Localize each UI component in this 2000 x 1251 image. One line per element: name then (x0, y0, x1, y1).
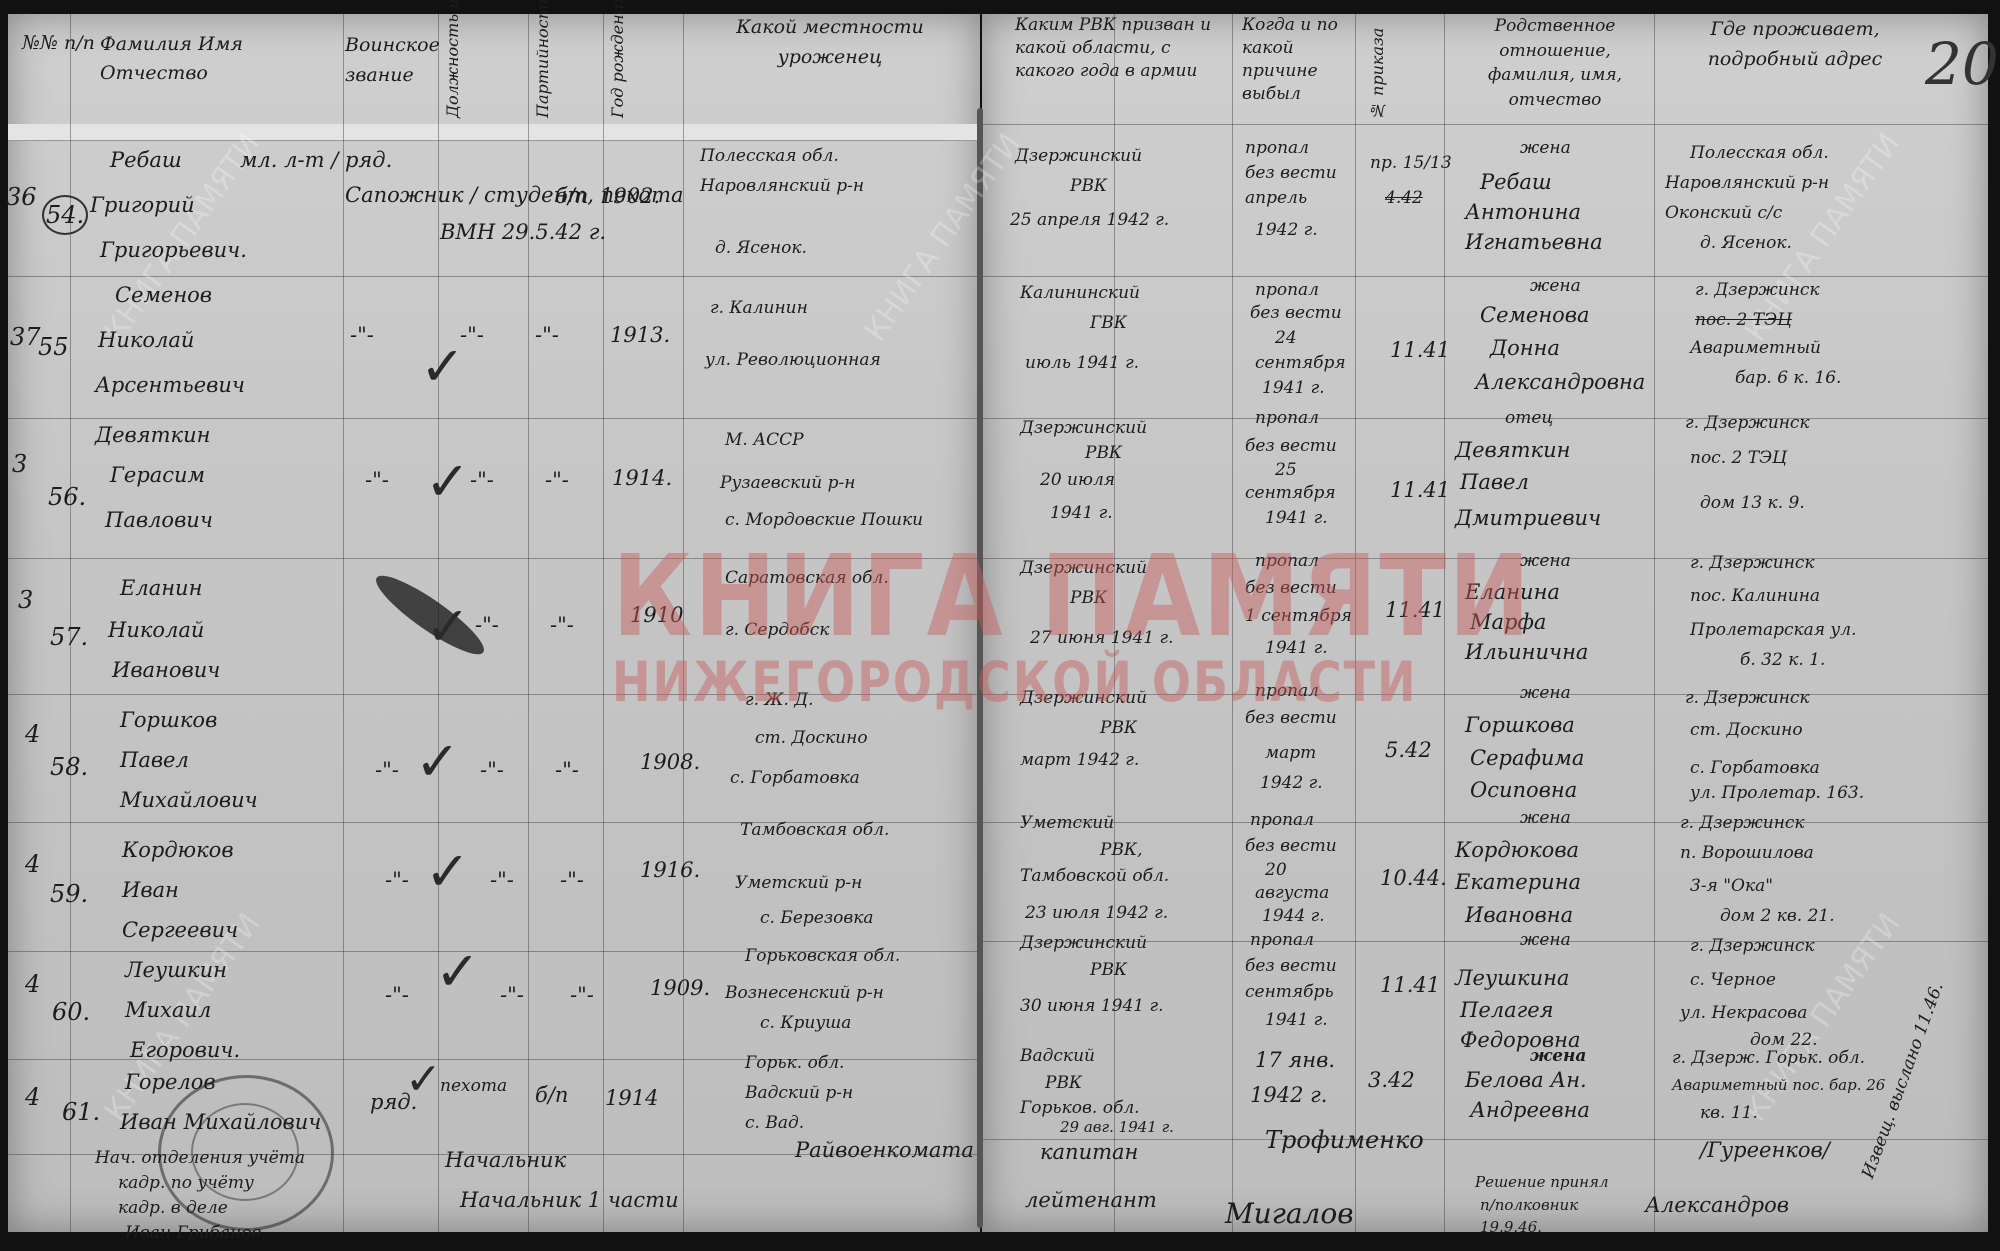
header-rank: Воинское звание (345, 30, 425, 91)
header-loss: Когда и по какой причине выбыл (1242, 14, 1360, 106)
first-name: Николай (98, 330, 194, 351)
loss-status: без вести (1245, 838, 1337, 855)
position: пехота (440, 1078, 507, 1095)
party: -"- (550, 615, 574, 636)
address: г. Дзержинск (1695, 282, 1820, 299)
birthplace: Горьковская обл. (745, 948, 900, 965)
loss-date: сентября (1245, 485, 1336, 502)
page-edge (8, 132, 980, 141)
loss-date: 1942 г. (1255, 222, 1318, 239)
surname: Горшков (120, 710, 217, 731)
position: -"- (500, 985, 524, 1006)
relation: жена (1520, 932, 1571, 949)
draft-office: Тамбовской обл. (1020, 868, 1169, 885)
checkmark-icon: ✓ (425, 455, 470, 509)
patronymic: Сергеевич (122, 920, 238, 941)
birthplace: с. Вад. (745, 1115, 804, 1132)
loss-status: без вести (1250, 305, 1342, 322)
loss-status: без вести (1245, 438, 1337, 455)
birthplace: Вадский р-н (745, 1085, 853, 1102)
address: ст. Доскино (1690, 722, 1803, 739)
address: г. Дзержинск (1685, 415, 1810, 432)
birth-year: 1909. (650, 978, 710, 999)
row-divider (982, 124, 1988, 125)
birthplace: Вознесенский р-н (725, 985, 884, 1002)
header-order: № приказа (1370, 10, 1386, 120)
first-name: Михаил (125, 1000, 211, 1021)
footer-note: кадр. в деле (118, 1200, 228, 1217)
position: -"- (490, 870, 514, 891)
birthplace: с. Мордовские Пошки (725, 512, 923, 529)
draft-office: Калининский (1020, 285, 1140, 302)
relative-name: Павел (1460, 472, 1529, 493)
relation: жена (1530, 278, 1581, 295)
surname: Семенов (115, 285, 212, 306)
column-divider (343, 14, 344, 1232)
relative-name: Серафима (1470, 748, 1584, 769)
order-number: 5.42 (1385, 740, 1432, 761)
row-number: 57. (50, 625, 88, 649)
address: бар. 6 к. 16. (1735, 370, 1841, 387)
header-relatives: Родственное отношение, фамилия, имя, отч… (1460, 14, 1650, 113)
death-note: ВМН 29.5.42 г. (440, 222, 606, 243)
patronymic: Егорович. (130, 1040, 240, 1061)
watermark-title: КНИГА ПАМЯТИ (612, 531, 1532, 662)
margin-number: 4 (25, 852, 40, 876)
address: пос. 2 ТЭЦ (1690, 450, 1787, 467)
row-divider (982, 276, 1988, 277)
position: -"- (460, 325, 484, 346)
loss-date: 1941 г. (1265, 510, 1328, 527)
draft-office: Вадский (1020, 1048, 1095, 1065)
relation: жена (1520, 685, 1571, 702)
order-number: 4.42 (1385, 190, 1423, 207)
draft-office: Горьков. обл. (1020, 1100, 1140, 1117)
address: г. Дзержинск (1680, 815, 1805, 832)
draft-office: РВК (1100, 720, 1137, 737)
first-and-patronymic: Иван Михайлович (120, 1112, 321, 1133)
row-number: 58. (50, 755, 88, 779)
header-num: №№ п/п (22, 34, 95, 53)
birth-year: 1902. (600, 186, 660, 207)
rank: -"- (350, 325, 374, 346)
margin-number: 3 (18, 588, 33, 612)
address: пос. Калинина (1690, 588, 1820, 605)
relation: отец (1505, 410, 1553, 427)
loss-date: 1942 г. (1250, 1085, 1327, 1106)
birthplace: Тамбовская обл. (740, 822, 889, 839)
address: с. Горбатовка (1690, 760, 1820, 777)
relative-name: Девяткин (1455, 440, 1570, 461)
address: ул. Некрасова (1680, 1005, 1807, 1022)
birthplace: ст. Доскино (755, 730, 868, 747)
address: г. Дзержинск (1690, 938, 1815, 955)
draft-date: 20 июля (1040, 472, 1115, 489)
birthplace: г. Калинин (710, 300, 808, 317)
rank: -"- (385, 985, 409, 1006)
rank: -"- (375, 760, 399, 781)
address: г. Дзержинск (1685, 690, 1810, 707)
birthplace: Полесская обл. (700, 148, 839, 165)
party: -"- (545, 470, 569, 491)
signature-title: Начальник 1 части (460, 1190, 679, 1211)
surname: Ребаш (110, 150, 182, 171)
signature-rank: капитан (1040, 1142, 1138, 1163)
relative-name: Кордюкова (1455, 840, 1579, 861)
address: Полесская обл. (1690, 145, 1829, 162)
relative-name: Ивановна (1465, 905, 1573, 926)
draft-date: март 1942 г. (1020, 752, 1139, 769)
loss-date: апрель (1245, 190, 1307, 207)
surname: Еланин (120, 578, 202, 599)
footer-note: Иван Грибанов. (125, 1225, 267, 1242)
draft-date: 25 апреля 1942 г. (1010, 212, 1169, 229)
address: дом 13 к. 9. (1700, 495, 1805, 512)
surname: Девяткин (95, 425, 210, 446)
birthplace: Наровлянский р-н (700, 178, 864, 195)
birthplace: с. Березовка (760, 910, 874, 927)
signature: Мигалов (1225, 1200, 1354, 1228)
relative-name: Горшкова (1465, 715, 1575, 736)
header-name: Фамилия Имя Отчество (100, 30, 300, 87)
relative-name: Белова Ан. (1465, 1070, 1587, 1091)
draft-office: РВК (1085, 445, 1122, 462)
birth-year: 1908. (640, 752, 700, 773)
margin-number: 37 (10, 325, 41, 349)
draft-office: Уметский (1020, 815, 1114, 832)
signature-rank: лейтенант (1025, 1190, 1157, 1211)
loss-status: пропал (1250, 932, 1314, 949)
patronymic: Иванович (112, 660, 220, 681)
order-number: 11.41 (1390, 340, 1450, 361)
patronymic: Павлович (105, 510, 213, 531)
patronymic: Михайлович (120, 790, 258, 811)
footer-note: кадр. по учёту (118, 1175, 254, 1192)
birthplace: с. Криуша (760, 1015, 851, 1032)
relative-name: Игнатьевна (1465, 232, 1603, 253)
loss-date: августа (1255, 885, 1329, 902)
footer-note: Нач. отделения учёта (95, 1150, 305, 1167)
party: б/п (535, 1085, 568, 1106)
first-name: Павел (120, 750, 189, 771)
address: п. Ворошилова (1680, 845, 1814, 862)
address: г. Дзерж. Горьк. обл. (1672, 1050, 1865, 1067)
margin-number: 36 (6, 185, 37, 209)
draft-date: 30 июня 1941 г. (1020, 998, 1163, 1015)
loss-date: март (1265, 745, 1316, 762)
patronymic: Арсентьевич (95, 375, 245, 396)
position: -"- (470, 470, 494, 491)
address: с. Черное (1690, 972, 1776, 989)
birth-year: 1916. (640, 860, 700, 881)
first-name: Герасим (110, 465, 205, 486)
party: -"- (535, 325, 559, 346)
header-birth-year: Год рождения (610, 8, 626, 118)
surname: Леушкин (125, 960, 227, 981)
rank: -"- (385, 870, 409, 891)
checkmark-icon: ✓ (425, 845, 470, 899)
party: б/п (555, 186, 588, 207)
relative-name: Леушкина (1455, 968, 1569, 989)
scanned-document: КНИГА ПАМЯТИ КНИГА ПАМЯТИ КНИГА ПАМЯТИ К… (0, 0, 2000, 1251)
draft-date: 23 июля 1942 г. (1025, 905, 1168, 922)
signature: /Гуреенков/ (1700, 1140, 1830, 1161)
draft-office: Дзержинский (1020, 420, 1147, 437)
birthplace: с. Горбатовка (730, 770, 860, 787)
birthplace: ул. Революционная (705, 352, 881, 369)
address: Авариметный пос. бар. 26 (1672, 1078, 1885, 1093)
surname: Горелов (125, 1072, 216, 1093)
draft-office: РВК (1090, 962, 1127, 979)
page-number: 206 (1925, 30, 2000, 98)
loss-status: пропал (1250, 812, 1314, 829)
first-name: Николай (108, 620, 204, 641)
row-number: 59. (50, 882, 88, 906)
decision-date: 19.9.46. (1480, 1220, 1542, 1235)
row-number: 56. (48, 485, 86, 509)
margin-number: 4 (25, 1085, 40, 1109)
watermark-subtitle: НИЖЕГОРОДСКОЙ ОБЛАСТИ (612, 650, 1418, 715)
draft-date: 1941 г. (1050, 505, 1113, 522)
loss-status: пропал (1255, 410, 1319, 427)
loss-status: без вести (1245, 958, 1337, 975)
address: Авариметный (1690, 340, 1821, 357)
checkmark-icon: ✓ (435, 945, 480, 999)
address: Пролетарская ул. (1690, 622, 1857, 639)
address: пос. 2 ТЭЦ (1695, 312, 1792, 329)
party: -"- (560, 870, 584, 891)
loss-date: 25 (1275, 462, 1297, 479)
draft-date: 29 авг. 1941 г. (1060, 1120, 1174, 1135)
relative-name: Семенова (1480, 305, 1590, 326)
checkmark-icon: ✓ (420, 340, 465, 394)
margin-number: 4 (25, 972, 40, 996)
checkmark-icon: ✓ (425, 600, 470, 654)
draft-office: РВК (1070, 178, 1107, 195)
address: кв. 11. (1700, 1105, 1758, 1122)
loss-date: 1942 г. (1260, 775, 1323, 792)
surname: Кордюков (122, 840, 234, 861)
loss-status: пропал (1245, 140, 1309, 157)
order-number: 3.42 (1368, 1070, 1415, 1091)
loss-date: 20 (1265, 862, 1287, 879)
loss-date: сентябрь (1245, 984, 1334, 1001)
margin-number: 4 (25, 722, 40, 746)
rank: -"- (365, 470, 389, 491)
draft-office: Дзержинский (1015, 148, 1142, 165)
checkmark-icon: ✓ (415, 735, 460, 789)
loss-status: без вести (1245, 165, 1337, 182)
decision-note: Решение принял (1475, 1175, 1609, 1190)
party: -"- (570, 985, 594, 1006)
address: д. Ясенок. (1700, 235, 1792, 252)
order-number: 11.41 (1390, 480, 1450, 501)
relation: жена (1520, 140, 1571, 157)
rank: мл. л-т / ряд. (240, 150, 392, 171)
birthplace: Уметский р-н (735, 875, 862, 892)
signature: Трофименко (1265, 1128, 1424, 1152)
party: -"- (555, 760, 579, 781)
first-name: Иван (122, 880, 179, 901)
relative-name: Ребаш (1480, 172, 1552, 193)
row-divider (982, 822, 1988, 823)
order-number: 11.41 (1380, 975, 1440, 996)
header-birthplace: Какой местности уроженец (715, 12, 945, 73)
birthplace: Горьк. обл. (745, 1055, 844, 1072)
row-number: 55 (38, 335, 69, 359)
draft-office: РВК, (1100, 842, 1143, 859)
first-name: Григорий (90, 195, 195, 216)
loss-date: 1941 г. (1265, 1012, 1328, 1029)
draft-office: ГВК (1090, 315, 1127, 332)
birth-year: 1914. (612, 468, 672, 489)
signature-org: Райвоенкомата (795, 1140, 974, 1161)
margin-number: 3 (12, 452, 27, 476)
address: дом 2 кв. 21. (1720, 908, 1835, 925)
order-number: 10.44. (1380, 868, 1447, 889)
draft-date: июль 1941 г. (1025, 355, 1139, 372)
row-number: 61. (62, 1100, 100, 1124)
address: дом 22. (1750, 1032, 1818, 1049)
checkmark-icon: ✓ (405, 1058, 442, 1102)
header-draft: Каким РВК призван и какой области, с как… (1015, 14, 1235, 83)
relative-name: Андреевна (1470, 1100, 1590, 1121)
signature: Александров (1645, 1195, 1789, 1216)
row-number: 54. (42, 195, 88, 235)
relative-name: Александровна (1475, 372, 1645, 393)
loss-date: 24 (1275, 330, 1297, 347)
relative-name: Екатерина (1455, 872, 1581, 893)
decision-note: п/полковник (1480, 1198, 1578, 1213)
loss-date: сентября (1255, 355, 1346, 372)
loss-date: 1941 г. (1262, 380, 1325, 397)
header-position: Должность и специальность (445, 8, 461, 118)
address: ул. Пролетар. 163. (1690, 785, 1864, 802)
birth-year: 1914 (605, 1088, 658, 1109)
relative-name: Дмитриевич (1455, 508, 1601, 529)
relative-name: Донна (1490, 338, 1560, 359)
address: 3-я "Ока" (1690, 878, 1773, 895)
address: Оконский с/с (1665, 205, 1782, 222)
order-number: пр. 15/13 (1370, 155, 1452, 172)
draft-office: РВК (1045, 1075, 1082, 1092)
birthplace: М. АССР (725, 432, 804, 449)
position: -"- (475, 615, 499, 636)
birth-year: 1913. (610, 325, 670, 346)
signature-title: Начальник (445, 1150, 566, 1171)
row-number: 60. (52, 1000, 90, 1024)
header-address: Где проживает, подробный адрес (1670, 14, 1920, 75)
column-divider (1654, 14, 1655, 1232)
relation: жена (1530, 1048, 1586, 1065)
loss-status: пропал (1255, 282, 1319, 299)
draft-office: Дзержинский (1020, 935, 1147, 952)
loss-date: 1944 г. (1262, 908, 1325, 925)
address: Наровлянский р-н (1665, 175, 1829, 192)
loss-date: 17 янв. (1255, 1050, 1335, 1071)
row-divider (8, 418, 980, 419)
birthplace: д. Ясенок. (715, 240, 807, 257)
patronymic: Григорьевич. (100, 240, 247, 261)
address: г. Дзержинск (1690, 555, 1815, 572)
address: б. 32 к. 1. (1740, 652, 1825, 669)
relative-name: Пелагея (1460, 1000, 1554, 1021)
position: -"- (480, 760, 504, 781)
relative-name: Антонина (1465, 202, 1581, 223)
birthplace: Рузаевский р-н (720, 475, 855, 492)
header-party: Партийность (535, 8, 551, 118)
relation: жена (1520, 810, 1571, 827)
relative-name: Осиповна (1470, 780, 1577, 801)
